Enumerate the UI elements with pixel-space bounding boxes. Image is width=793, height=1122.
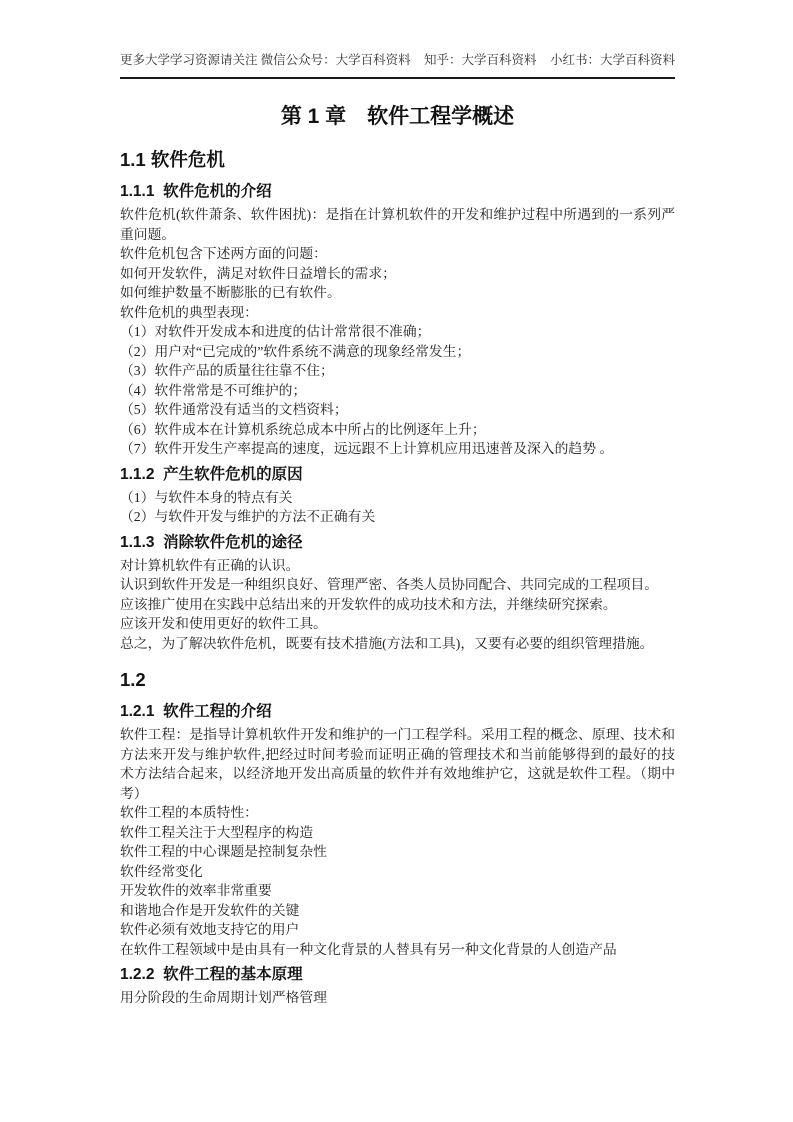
- list-item-5: （5）软件通常没有适当的文档资料；: [120, 400, 675, 420]
- document-body: 1.1 软件危机 1.1.1 软件危机的介绍 软件危机(软件萧条、软件困扰)：是…: [120, 147, 675, 1008]
- paragraph: 如何开发软件，满足对软件日益增长的需求；: [120, 264, 675, 284]
- list-item-7: （7）软件开发生产率提高的速度，远远跟不上计算机应用迅速普及深入的趋势 。: [120, 439, 675, 459]
- paragraph: 应该推广使用在实践中总结出来的开发软件的成功技术和方法，并继续研究探索。: [120, 595, 675, 615]
- paragraph: 用分阶段的生命周期计划严格管理: [120, 988, 675, 1008]
- document-page: 更多大学学习资源请关注 微信公众号：大学百科资料 知乎：大学百科资料 小红书：大…: [0, 0, 793, 1122]
- heading-1-2: 1.2: [120, 667, 675, 693]
- heading-1-1-1: 1.1.1 软件危机的介绍: [120, 181, 675, 203]
- list-item-2: （2）与软件开发与维护的方法不正确有关: [120, 507, 675, 527]
- paragraph: 对计算机软件有正确的认识。: [120, 556, 675, 576]
- paragraph: 认识到软件开发是一种组织良好、管理严密、各类人员协同配合、共同完成的工程项目。: [120, 575, 675, 595]
- paragraph: 在软件工程领域中是由具有一种文化背景的人替具有另一种文化背景的人创造产品: [120, 940, 675, 960]
- paragraph: 软件危机包含下述两方面的问题：: [120, 244, 675, 264]
- heading-1-1-3: 1.1.3 消除软件危机的途径: [120, 532, 675, 554]
- list-item-1: （1）对软件开发成本和进度的估计常常很不准确；: [120, 322, 675, 342]
- paragraph: 软件必须有效地支持它的用户: [120, 920, 675, 940]
- paragraph: 软件工程的本质特性：: [120, 803, 675, 823]
- paragraph: 软件工程：是指导计算机软件开发和维护的一门工程学科。采用工程的概念、原理、技术和…: [120, 725, 675, 803]
- chapter-title: 第 1 章 软件工程学概述: [120, 103, 675, 131]
- heading-1-2-2: 1.2.2 软件工程的基本原理: [120, 964, 675, 986]
- heading-1-1: 1.1 软件危机: [120, 147, 675, 173]
- header-xiaohongshu-text: 小红书：大学百科资料: [550, 50, 675, 68]
- page-header: 更多大学学习资源请关注 微信公众号：大学百科资料 知乎：大学百科资料 小红书：大…: [120, 0, 675, 79]
- list-item-6: （6）软件成本在计算机系统总成本中所占的比例逐年上升；: [120, 420, 675, 440]
- paragraph: 开发软件的效率非常重要: [120, 881, 675, 901]
- paragraph: 软件工程关注于大型程序的构造: [120, 823, 675, 843]
- paragraph: 和谐地合作是开发软件的关键: [120, 901, 675, 921]
- paragraph: 总之，为了解决软件危机，既要有技术措施(方法和工具)，又要有必要的组织管理措施。: [120, 634, 675, 654]
- header-follow-wechat-text: 更多大学学习资源请关注 微信公众号：大学百科资料: [120, 50, 411, 68]
- paragraph: 软件经常变化: [120, 862, 675, 882]
- list-item-3: （3）软件产品的质量往往靠不住；: [120, 361, 675, 381]
- paragraph: 软件工程的中心课题是控制复杂性: [120, 842, 675, 862]
- paragraph: 软件危机的典型表现：: [120, 303, 675, 323]
- list-item-1: （1）与软件本身的特点有关: [120, 488, 675, 508]
- list-item-4: （4）软件常常是不可维护的；: [120, 381, 675, 401]
- paragraph: 应该开发和使用更好的软件工具。: [120, 614, 675, 634]
- paragraph: 如何维护数量不断膨胀的已有软件。: [120, 283, 675, 303]
- list-item-2: （2）用户对“已完成的”软件系统不满意的现象经常发生；: [120, 342, 675, 362]
- paragraph: 软件危机(软件萧条、软件困扰)：是指在计算机软件的开发和维护过程中所遇到的一系列…: [120, 205, 675, 244]
- heading-1-2-1: 1.2.1 软件工程的介绍: [120, 701, 675, 723]
- heading-1-1-2: 1.1.2 产生软件危机的原因: [120, 464, 675, 486]
- header-zhihu-text: 知乎：大学百科资料: [424, 50, 537, 68]
